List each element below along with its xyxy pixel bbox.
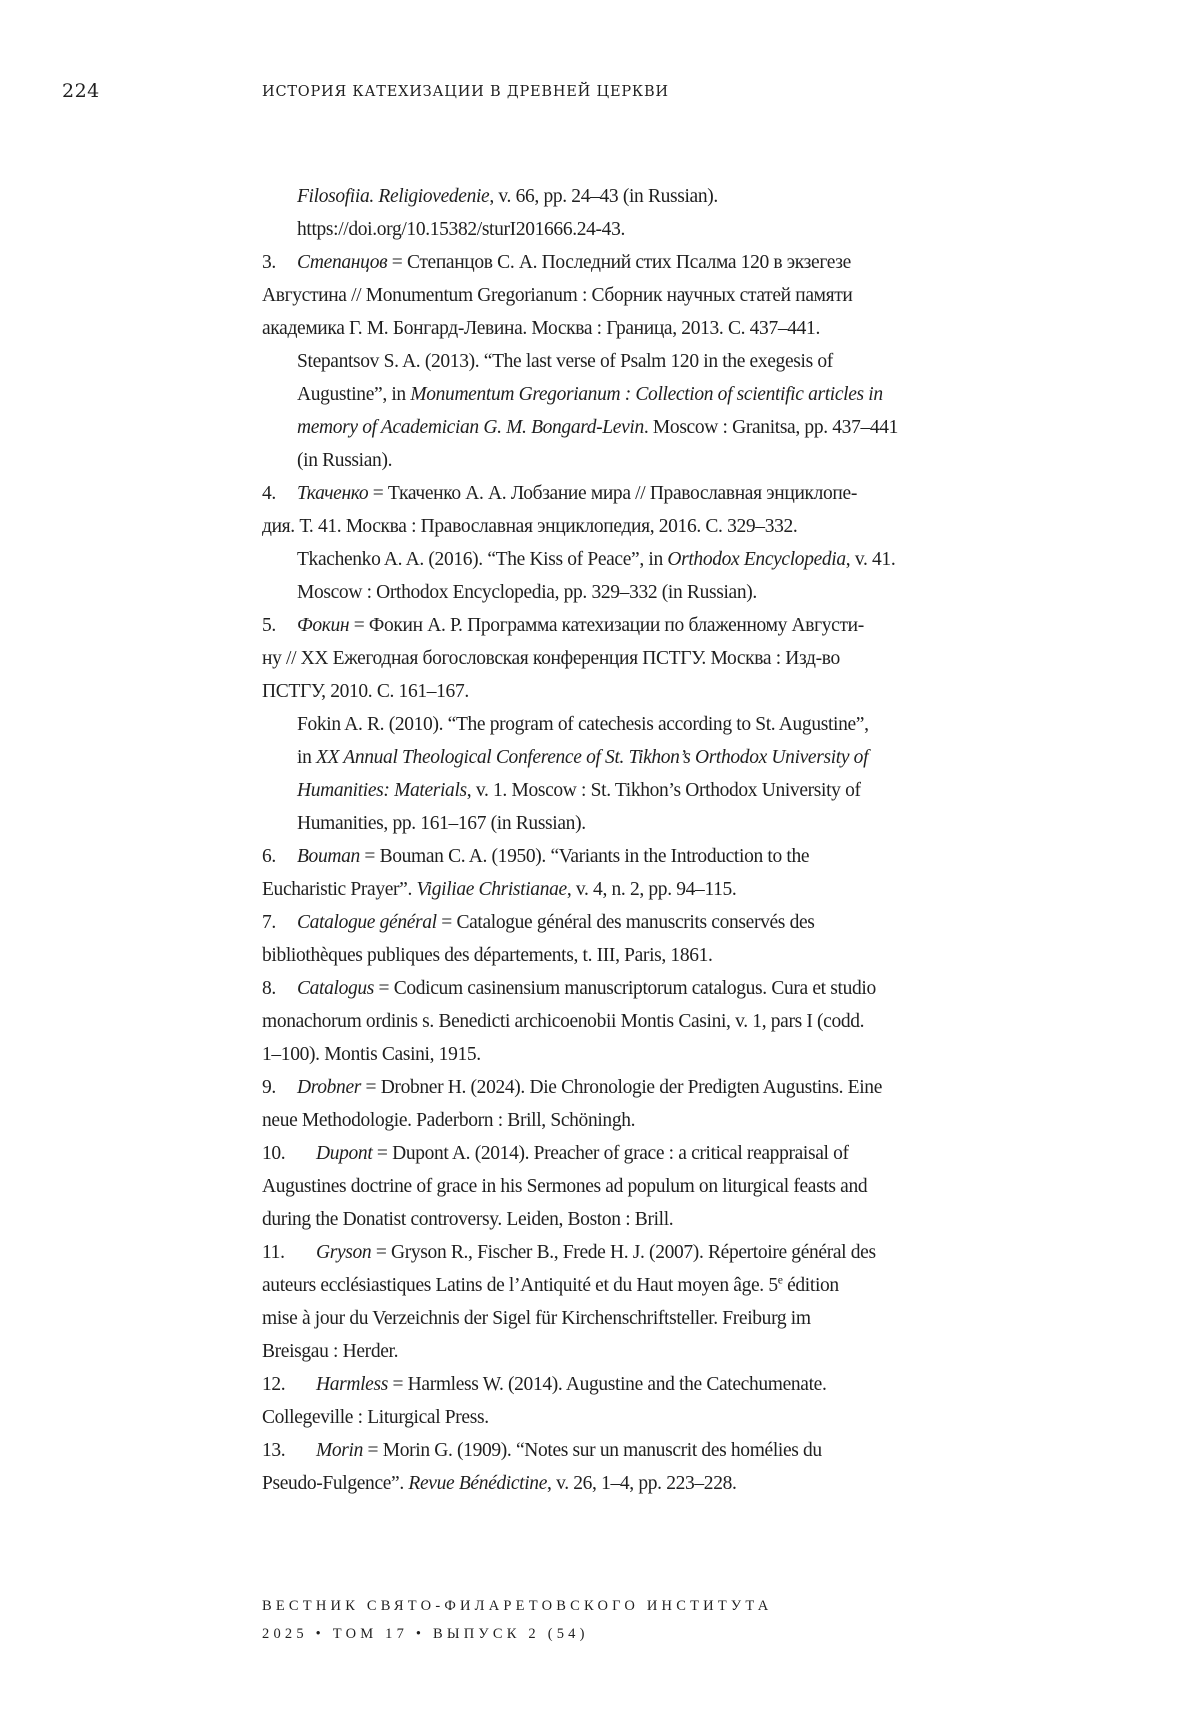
- reference-line: Breisgau : Herder.: [262, 1335, 1082, 1368]
- reference-line: Collegeville : Liturgical Press.: [262, 1401, 1082, 1434]
- reference-line: академика Г. М. Бонгард-Левина. Москва :…: [262, 312, 1082, 345]
- reference-key: Harmless: [316, 1374, 388, 1395]
- reference-item: 13.Morin = Morin G. (1909). “Notes sur u…: [262, 1434, 1082, 1500]
- reference-line: bibliothèques publiques des départements…: [262, 939, 1082, 972]
- reference-item: 9.Drobner = Drobner H. (2024). Die Chron…: [262, 1071, 1082, 1137]
- journal-footer: ВЕСТНИК СВЯТО-ФИЛАРЕТОВСКОГО ИНСТИТУТА 2…: [262, 1592, 772, 1648]
- reference-line: Августина // Monumentum Gregorianum : Сб…: [262, 279, 1082, 312]
- reference-number: 4.: [262, 477, 297, 510]
- reference-item: 8.Catalogus = Codicum casinensium manusc…: [262, 972, 1082, 1071]
- reference-line: https://doi.org/10.15382/sturI201666.24-…: [262, 213, 1082, 246]
- reference-line: 1–100). Montis Casini, 1915.: [262, 1038, 1082, 1071]
- reference-translit-line: Humanities, pp. 161–167 (in Russian).: [262, 807, 1082, 840]
- reference-number: 10.: [262, 1137, 316, 1170]
- reference-translit-line: Augustine”, in Monumentum Gregorianum : …: [262, 378, 1082, 411]
- italic-title: Filosofiia. Religiovedenie: [297, 186, 489, 207]
- reference-line: дия. Т. 41. Москва : Православная энцикл…: [262, 510, 1082, 543]
- reference-item: 12.Harmless = Harmless W. (2014). August…: [262, 1368, 1082, 1434]
- reference-line: 8.Catalogus = Codicum casinensium manusc…: [262, 972, 1082, 1005]
- reference-number: 9.: [262, 1071, 297, 1104]
- italic-title: Monumentum Gregorianum : Collection of s…: [410, 384, 882, 405]
- italic-title: XX Annual Theological Conference of St. …: [316, 747, 868, 768]
- reference-line: Augustines doctrine of grace in his Serm…: [262, 1170, 1082, 1203]
- reference-line: mise à jour du Verzeichnis der Sigel für…: [262, 1302, 1082, 1335]
- reference-item: 5.Фокин = Фокин А. Р. Программа катехиза…: [262, 609, 1082, 840]
- reference-list: Filosofiia. Religiovedenie, v. 66, pp. 2…: [262, 180, 1082, 1500]
- reference-translit-line: Humanities: Materials, v. 1. Moscow : St…: [262, 774, 1082, 807]
- reference-key: Catalogue général: [297, 912, 437, 933]
- reference-translit-line: Fokin A. R. (2010). “The program of cate…: [262, 708, 1082, 741]
- reference-line: 13.Morin = Morin G. (1909). “Notes sur u…: [262, 1434, 1082, 1467]
- italic-title: Vigiliae Christianae: [417, 879, 567, 900]
- page-number: 224: [62, 80, 100, 102]
- reference-line: 5.Фокин = Фокин А. Р. Программа катехиза…: [262, 609, 1082, 642]
- reference-key: Ткаченко: [297, 483, 368, 504]
- reference-line: ну // XX Ежегодная богословская конферен…: [262, 642, 1082, 675]
- reference-translit-line: Moscow : Orthodox Encyclopedia, pp. 329–…: [262, 576, 1082, 609]
- reference-line: 11.Gryson = Gryson R., Fischer B., Frede…: [262, 1236, 1082, 1269]
- reference-item: 3.Степанцов = Степанцов С. А. Последний …: [262, 246, 1082, 477]
- reference-line: Pseudo-Fulgence”. Revue Bénédictine, v. …: [262, 1467, 1082, 1500]
- reference-item: 7.Catalogue général = Catalogue général …: [262, 906, 1082, 972]
- reference-key: Morin: [316, 1440, 363, 1461]
- reference-number: 8.: [262, 972, 297, 1005]
- reference-translit-line: Stepantsov S. A. (2013). “The last verse…: [262, 345, 1082, 378]
- reference-key: Степанцов: [297, 252, 387, 273]
- reference-key: Drobner: [297, 1077, 361, 1098]
- reference-number: 11.: [262, 1236, 316, 1269]
- reference-number: 3.: [262, 246, 297, 279]
- superscript: e: [778, 1274, 783, 1287]
- journal-issue: 2025 • ТОМ 17 • ВЫПУСК 2 (54): [262, 1620, 772, 1648]
- reference-line: Eucharistic Prayer”. Vigiliae Christiana…: [262, 873, 1082, 906]
- reference-line: ПСТГУ, 2010. С. 161–167.: [262, 675, 1082, 708]
- reference-translit-line: memory of Academician G. M. Bongard-Levi…: [262, 411, 1082, 444]
- reference-line: neue Methodologie. Paderborn : Brill, Sc…: [262, 1104, 1082, 1137]
- reference-line: monachorum ordinis s. Benedicti archicoe…: [262, 1005, 1082, 1038]
- reference-item: 6.Bouman = Bouman C. A. (1950). “Variant…: [262, 840, 1082, 906]
- running-head: ИСТОРИЯ КАТЕХИЗАЦИИ В ДРЕВНЕЙ ЦЕРКВИ: [262, 84, 669, 100]
- italic-title: memory of Academician G. M. Bongard-Levi…: [297, 417, 644, 438]
- reference-line: 9.Drobner = Drobner H. (2024). Die Chron…: [262, 1071, 1082, 1104]
- reference-line: Filosofiia. Religiovedenie, v. 66, pp. 2…: [262, 180, 1082, 213]
- reference-item: 4.Ткаченко = Ткаченко А. А. Лобзание мир…: [262, 477, 1082, 609]
- reference-line: auteurs ecclésiastiques Latins de l’Anti…: [262, 1269, 1082, 1302]
- reference-number: 13.: [262, 1434, 316, 1467]
- reference-item: 10.Dupont = Dupont A. (2014). Preacher o…: [262, 1137, 1082, 1236]
- reference-line: 4.Ткаченко = Ткаченко А. А. Лобзание мир…: [262, 477, 1082, 510]
- reference-line: 6.Bouman = Bouman C. A. (1950). “Variant…: [262, 840, 1082, 873]
- reference-key: Bouman: [297, 846, 360, 867]
- reference-item: 11.Gryson = Gryson R., Fischer B., Frede…: [262, 1236, 1082, 1368]
- reference-translit-line: in XX Annual Theological Conference of S…: [262, 741, 1082, 774]
- reference-line: 12.Harmless = Harmless W. (2014). August…: [262, 1368, 1082, 1401]
- reference-translit-line: (in Russian).: [262, 444, 1082, 477]
- reference-number: 7.: [262, 906, 297, 939]
- reference-line: 3.Степанцов = Степанцов С. А. Последний …: [262, 246, 1082, 279]
- reference-key: Gryson: [316, 1242, 371, 1263]
- reference-line: 7.Catalogue général = Catalogue général …: [262, 906, 1082, 939]
- italic-title: Humanities: Materials: [297, 780, 467, 801]
- reference-number: 6.: [262, 840, 297, 873]
- reference-key: Фокин: [297, 615, 349, 636]
- reference-translit-line: Tkachenko A. A. (2016). “The Kiss of Pea…: [262, 543, 1082, 576]
- italic-title: Orthodox Encyclopedia: [667, 549, 845, 570]
- reference-number: 12.: [262, 1368, 316, 1401]
- reference-key: Dupont: [316, 1143, 372, 1164]
- italic-title: Revue Bénédictine: [408, 1473, 547, 1494]
- reference-number: 5.: [262, 609, 297, 642]
- reference-line: 10.Dupont = Dupont A. (2014). Preacher o…: [262, 1137, 1082, 1170]
- reference-key: Catalogus: [297, 978, 374, 999]
- reference-line: during the Donatist controversy. Leiden,…: [262, 1203, 1082, 1236]
- journal-title: ВЕСТНИК СВЯТО-ФИЛАРЕТОВСКОГО ИНСТИТУТА: [262, 1592, 772, 1620]
